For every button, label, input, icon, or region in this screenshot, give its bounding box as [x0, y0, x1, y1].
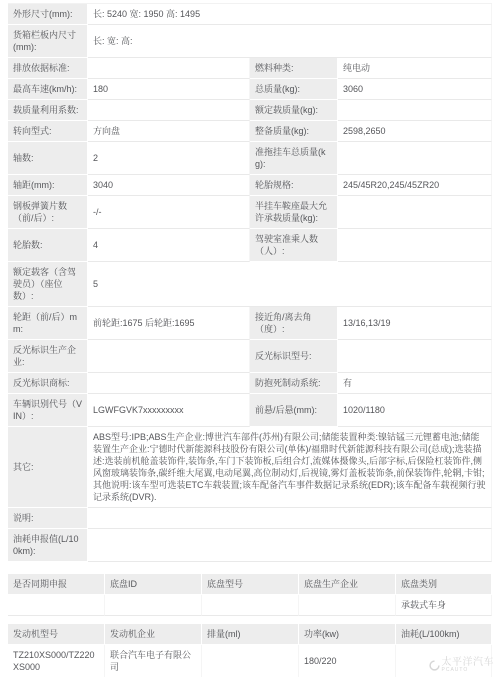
engine-cell: TZ210XS000/TZ220XS000 — [8, 645, 105, 677]
chassis-data-row: 承载式车身 — [8, 595, 492, 616]
spec-value: 2 — [88, 142, 250, 175]
spec-label: 轮距（前/后）mm: — [8, 307, 88, 340]
engine-header: 功率(kw) — [299, 624, 396, 645]
spec-label: 外形尺寸(mm): — [8, 4, 88, 25]
spec-row: 钢板弹簧片数（前/后）:-/-半挂车鞍座最大允许承载质量(kg): — [8, 196, 492, 229]
spec-label: 半挂车鞍座最大允许承载质量(kg): — [250, 196, 338, 229]
spec-value — [88, 58, 250, 79]
spec-label: 整备质量(kg): — [250, 121, 338, 142]
spec-value — [88, 508, 492, 529]
chassis-cell — [8, 595, 105, 616]
spec-label: 额定载质量(kg): — [250, 100, 338, 121]
spec-row: 载质量利用系数:额定载质量(kg): — [8, 100, 492, 121]
watermark: 太平洋汽车 PCAUTO — [429, 658, 495, 673]
spec-value — [338, 100, 492, 121]
spec-row: 货箱栏板内尺寸(mm):长: 宽: 高: — [8, 25, 492, 58]
spec-value: 180 — [88, 79, 250, 100]
spec-row: 油耗申报值(L/100km): — [8, 529, 492, 562]
spec-value: 1020/1180 — [338, 394, 492, 427]
spec-value: ABS型号:IPB;ABS生产企业:博世汽车部件(苏州)有限公司;储能装置种类:… — [88, 427, 492, 508]
spec-value: 3060 — [338, 79, 492, 100]
spec-row: 转向型式:方向盘整备质量(kg):2598,2650 — [8, 121, 492, 142]
vehicle-spec-table: 外形尺寸(mm):长: 5240 宽: 1950 高: 1495货箱栏板内尺寸(… — [8, 3, 492, 562]
spec-value — [338, 340, 492, 373]
spec-value — [338, 196, 492, 229]
engine-cell: 联合汽车电子有限公司 — [105, 645, 202, 677]
spec-value: LGWFGVK7xxxxxxxxx — [88, 394, 250, 427]
chassis-header-row: 是否同期申报底盘ID底盘型号底盘生产企业底盘类别 — [8, 574, 492, 595]
spec-label: 轴数: — [8, 142, 88, 175]
spec-value: 方向盘 — [88, 121, 250, 142]
spec-row: 其它:ABS型号:IPB;ABS生产企业:博世汽车部件(苏州)有限公司;储能装置… — [8, 427, 492, 508]
spec-row: 轮胎数:4驾驶室准乘人数（人）: — [8, 229, 492, 262]
spec-value — [88, 529, 492, 562]
spec-label: 反光标识生产企业: — [8, 340, 88, 373]
spec-value: 有 — [338, 373, 492, 394]
spec-label: 钢板弹簧片数（前/后）: — [8, 196, 88, 229]
engine-header: 排量(ml) — [202, 624, 299, 645]
spec-label: 最高车速(km/h): — [8, 79, 88, 100]
spec-value: 3040 — [88, 175, 250, 196]
spec-label: 额定载客（含驾驶员）（座位数）: — [8, 262, 88, 307]
spec-label: 燃料种类: — [250, 58, 338, 79]
watermark-subtext: PCAUTO — [442, 668, 495, 673]
chassis-cell — [299, 595, 396, 616]
spec-value — [88, 100, 250, 121]
spec-label: 轴距(mm): — [8, 175, 88, 196]
pcauto-logo-icon — [429, 660, 440, 671]
spec-label: 转向型式: — [8, 121, 88, 142]
chassis-header: 底盘类别 — [396, 574, 492, 595]
chassis-header: 底盘ID — [105, 574, 202, 595]
spec-label: 总质量(kg): — [250, 79, 338, 100]
engine-header: 发动机企业 — [105, 624, 202, 645]
engine-cell — [202, 645, 299, 677]
spec-row: 排放依据标准:燃料种类:纯电动 — [8, 58, 492, 79]
spec-label: 说明: — [8, 508, 88, 529]
spec-value: 2598,2650 — [338, 121, 492, 142]
spec-value: -/- — [88, 196, 250, 229]
engine-header-row: 发动机型号发动机企业排量(ml)功率(kw)油耗(L/100km) — [8, 624, 492, 645]
spec-row: 外形尺寸(mm):长: 5240 宽: 1950 高: 1495 — [8, 4, 492, 25]
spec-value — [338, 142, 492, 175]
vehicle-declaration-page: 外形尺寸(mm):长: 5240 宽: 1950 高: 1495货箱栏板内尺寸(… — [0, 0, 500, 677]
spec-label: 货箱栏板内尺寸(mm): — [8, 25, 88, 58]
spec-row: 车辆识别代号（VIN）:LGWFGVK7xxxxxxxxx前悬/后悬(mm):1… — [8, 394, 492, 427]
spec-row: 轮距（前/后）mm:前轮距:1675 后轮距:1695接近角/离去角（度）:13… — [8, 307, 492, 340]
spec-value — [338, 229, 492, 262]
spec-label: 油耗申报值(L/100km): — [8, 529, 88, 562]
spec-label: 准拖挂车总质量(kg): — [250, 142, 338, 175]
chassis-cell: 承载式车身 — [396, 595, 492, 616]
spec-row: 轴距(mm):3040轮胎规格:245/45R20,245/45ZR20 — [8, 175, 492, 196]
spec-label: 反光标识型号: — [250, 340, 338, 373]
engine-table: 发动机型号发动机企业排量(ml)功率(kw)油耗(L/100km)TZ210XS… — [8, 624, 492, 677]
spec-label: 载质量利用系数: — [8, 100, 88, 121]
spec-label: 驾驶室准乘人数（人）: — [250, 229, 338, 262]
engine-cell: 180/220 — [299, 645, 396, 677]
spec-label: 轮胎数: — [8, 229, 88, 262]
spec-label: 车辆识别代号（VIN）: — [8, 394, 88, 427]
section-gap — [8, 616, 492, 624]
spec-value: 纯电动 — [338, 58, 492, 79]
spec-value: 4 — [88, 229, 250, 262]
chassis-header: 底盘生产企业 — [299, 574, 396, 595]
engine-header: 油耗(L/100km) — [396, 624, 492, 645]
spec-row: 额定载客（含驾驶员）（座位数）:5 — [8, 262, 492, 307]
spec-value: 前轮距:1675 后轮距:1695 — [88, 307, 250, 340]
engine-data-row: TZ210XS000/TZ220XS000联合汽车电子有限公司180/220 — [8, 645, 492, 677]
engine-header: 发动机型号 — [8, 624, 105, 645]
spec-row: 说明: — [8, 508, 492, 529]
spec-label: 反光标识商标: — [8, 373, 88, 394]
spec-value: 长: 5240 宽: 1950 高: 1495 — [88, 4, 492, 25]
chassis-header: 底盘型号 — [202, 574, 299, 595]
chassis-header: 是否同期申报 — [8, 574, 105, 595]
spec-value: 245/45R20,245/45ZR20 — [338, 175, 492, 196]
spec-value: 13/16,13/19 — [338, 307, 492, 340]
chassis-table: 是否同期申报底盘ID底盘型号底盘生产企业底盘类别承载式车身 — [8, 574, 492, 616]
spec-row: 轴数:2准拖挂车总质量(kg): — [8, 142, 492, 175]
chassis-cell — [202, 595, 299, 616]
spec-label: 接近角/离去角（度）: — [250, 307, 338, 340]
spec-label: 前悬/后悬(mm): — [250, 394, 338, 427]
spec-label: 轮胎规格: — [250, 175, 338, 196]
spec-value: 5 — [88, 262, 492, 307]
spec-label: 其它: — [8, 427, 88, 508]
spec-row: 反光标识生产企业:反光标识型号: — [8, 340, 492, 373]
spec-row: 反光标识商标:防抱死制动系统:有 — [8, 373, 492, 394]
spec-label: 排放依据标准: — [8, 58, 88, 79]
chassis-cell — [105, 595, 202, 616]
spec-value: 长: 宽: 高: — [88, 25, 492, 58]
spec-label: 防抱死制动系统: — [250, 373, 338, 394]
spec-value — [88, 340, 250, 373]
spec-value — [88, 373, 250, 394]
section-gap — [8, 562, 492, 574]
spec-row: 最高车速(km/h):180总质量(kg):3060 — [8, 79, 492, 100]
